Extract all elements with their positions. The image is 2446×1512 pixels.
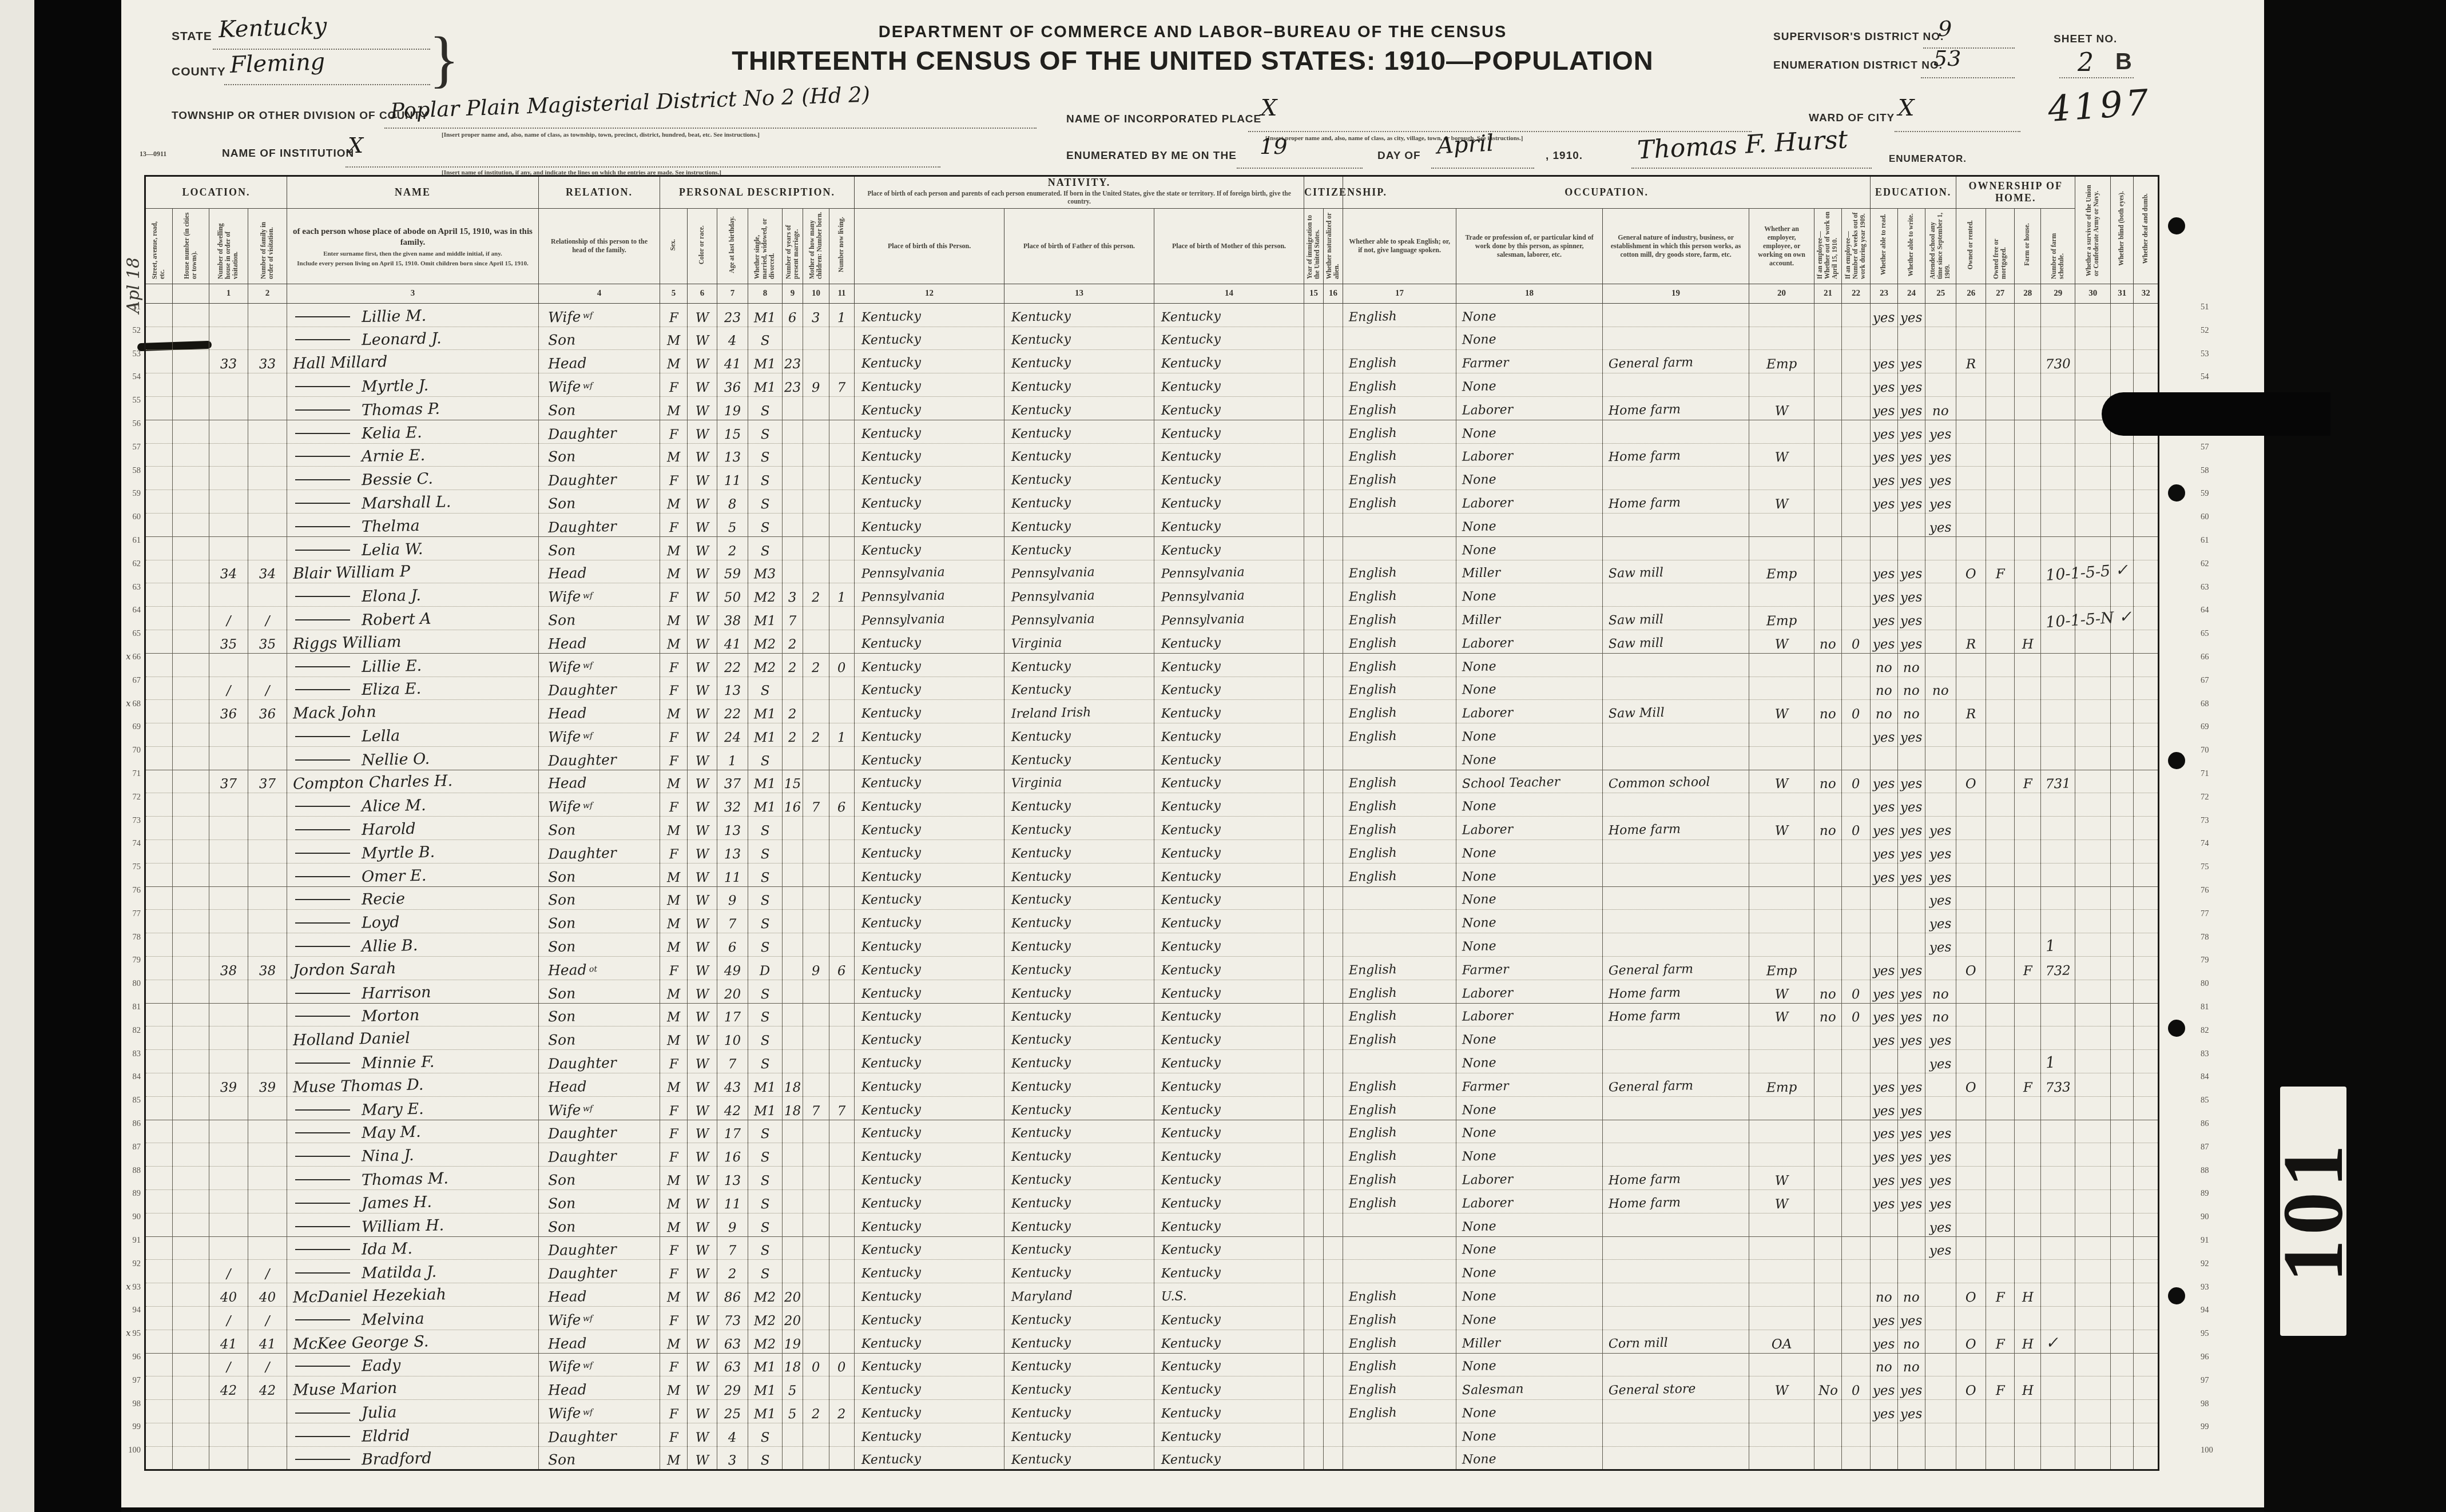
- cell-deaf-62: [2134, 560, 2159, 583]
- line-number-right: 83: [2201, 1049, 2220, 1059]
- cell-p1-100: Kentucky: [855, 1446, 1004, 1470]
- cell-cb-71: [803, 770, 829, 793]
- cell-rel-61: Son: [539, 536, 660, 560]
- cell-p1-62: Pennsylvania: [855, 560, 1004, 583]
- cell-sex-87: F: [660, 1143, 688, 1167]
- cell-name-68: Mack John: [287, 700, 539, 723]
- cell-yrs-69: 2: [783, 723, 803, 747]
- cell-mar-56: S: [748, 420, 783, 443]
- cell-dw-87: [209, 1143, 248, 1167]
- cell-farm-87: [2015, 1143, 2041, 1167]
- cell-vet-90: [2075, 1213, 2111, 1236]
- cell-imm-74: [1304, 840, 1324, 864]
- cell-race-76: W: [688, 886, 717, 910]
- cell-wks-97: 0: [1842, 1376, 1871, 1400]
- cell-street-85: [145, 1096, 173, 1120]
- cell-own-57: [1956, 443, 1986, 467]
- cell-rel-97: Head: [539, 1376, 660, 1400]
- cell-house-84: [173, 1073, 209, 1097]
- cell-trade-74: None: [1456, 840, 1603, 864]
- cell-race-52: W: [688, 327, 717, 350]
- cell-eng-95: English: [1343, 1330, 1456, 1353]
- cell-trade-90: None: [1456, 1213, 1603, 1236]
- cell-free-65: [1986, 630, 2015, 653]
- day-of-label: DAY OF: [1377, 150, 1421, 162]
- cell-trade-57: Laborer: [1456, 443, 1603, 467]
- cell-p1-55: Kentucky: [855, 396, 1004, 420]
- cell-out-80: no: [1814, 980, 1842, 1003]
- cell-eng-100: [1343, 1446, 1456, 1470]
- cell-ind-100: [1603, 1446, 1749, 1470]
- cell-sch-85: [1925, 1096, 1956, 1120]
- cell-mar-84: M1: [748, 1073, 783, 1097]
- cell-blind-51: [2111, 303, 2134, 327]
- cell-cb-97: [803, 1376, 829, 1400]
- cell-p2-65: Virginia: [1004, 630, 1154, 653]
- cell-rel-86: Daughter: [539, 1120, 660, 1143]
- cell-wks-70: [1842, 746, 1871, 770]
- cell-mar-78: S: [748, 933, 783, 957]
- cell-sex-69: F: [660, 723, 688, 747]
- cell-dw-56: [209, 420, 248, 443]
- cell-p1-78: Kentucky: [855, 933, 1004, 957]
- cell-trade-99: None: [1456, 1423, 1603, 1447]
- cell-mar-99: S: [748, 1423, 783, 1447]
- cell-wks-57: [1842, 443, 1871, 467]
- column-number-ind: 19: [1603, 284, 1749, 303]
- cell-sex-92: F: [660, 1260, 688, 1283]
- cell-race-88: W: [688, 1167, 717, 1190]
- cell-imm-51: [1304, 303, 1324, 327]
- cell-race-55: W: [688, 396, 717, 420]
- table-row: Nellie O.DaughterFW1SKentuckyKentuckyKen…: [145, 746, 2159, 770]
- cell-fam-71: 37: [248, 770, 287, 793]
- cell-sch-64: [1925, 607, 1956, 630]
- cell-wr-65: yes: [1898, 630, 1925, 653]
- line-number-right: 92: [2201, 1259, 2220, 1269]
- cell-cb-100: [803, 1446, 829, 1470]
- cell-house-67: [173, 677, 209, 700]
- cell-age-78: 6: [717, 933, 748, 957]
- cell-rel-91: Daughter: [539, 1236, 660, 1260]
- cell-free-75: [1986, 863, 2015, 886]
- cell-cl-84: [829, 1073, 855, 1097]
- cell-house-69: [173, 723, 209, 747]
- cell-farm-57: [2015, 443, 2041, 467]
- table-row: MortonSonMW17SKentuckyKentuckyKentuckyEn…: [145, 1003, 2159, 1026]
- cell-imm-60: [1304, 513, 1324, 536]
- cell-nat-95: [1324, 1330, 1343, 1353]
- cell-race-67: W: [688, 677, 717, 700]
- cell-p3-70: Kentucky: [1154, 746, 1304, 770]
- cell-free-56: [1986, 420, 2015, 443]
- cell-trade-82: None: [1456, 1026, 1603, 1050]
- cell-rd-51: yes: [1871, 303, 1898, 327]
- cell-out-78: [1814, 933, 1842, 957]
- cell-emp-73: W: [1749, 817, 1814, 840]
- cell-blind-88: [2111, 1167, 2134, 1190]
- ward-value: X: [1898, 95, 1914, 121]
- cell-wr-64: yes: [1898, 607, 1925, 630]
- cell-sch-80: no: [1925, 980, 1956, 1003]
- group-header-loc: LOCATION.: [145, 176, 287, 209]
- cell-p2-73: Kentucky: [1004, 817, 1154, 840]
- line-number-right: 63: [2201, 583, 2220, 592]
- column-number-blind: 31: [2111, 284, 2134, 303]
- cell-rd-90: [1871, 1213, 1898, 1236]
- cell-house-73: [173, 817, 209, 840]
- cell-wr-58: yes: [1898, 467, 1925, 490]
- cell-dw-58: [209, 467, 248, 490]
- line-number-right: 99: [2201, 1422, 2220, 1432]
- cell-free-100: [1986, 1446, 2015, 1470]
- cell-trade-60: None: [1456, 513, 1603, 536]
- cell-own-97: O: [1956, 1376, 1986, 1400]
- cell-ind-87: [1603, 1143, 1749, 1167]
- cell-sex-76: M: [660, 886, 688, 910]
- cell-house-59: [173, 490, 209, 514]
- table-row: Marshall L.SonMW8SKentuckyKentuckyKentuc…: [145, 490, 2159, 514]
- cell-mar-73: S: [748, 817, 783, 840]
- cell-mar-53: M1: [748, 350, 783, 373]
- cell-free-70: [1986, 746, 2015, 770]
- column-header-vet: Whether a survivor of the Union or Confe…: [2075, 176, 2111, 284]
- cell-imm-99: [1304, 1423, 1324, 1447]
- cell-out-94: [1814, 1307, 1842, 1330]
- column-header-age: Age at last birthday.: [717, 208, 748, 284]
- cell-yrs-54: 23: [783, 373, 803, 397]
- line-number-right: 86: [2201, 1119, 2220, 1129]
- cell-blind-91: [2111, 1236, 2134, 1260]
- cell-cb-52: [803, 327, 829, 350]
- cell-dw-70: [209, 746, 248, 770]
- column-header-sch: Attended school any time since September…: [1925, 208, 1956, 284]
- cell-farm-99: [2015, 1423, 2041, 1447]
- cell-house-72: [173, 793, 209, 817]
- cell-wr-89: yes: [1898, 1190, 1925, 1213]
- cell-p1-70: Kentucky: [855, 746, 1004, 770]
- cell-deaf-68: [2134, 700, 2159, 723]
- cell-out-52: [1814, 327, 1842, 350]
- cell-house-66: [173, 653, 209, 677]
- cell-deaf-82: [2134, 1026, 2159, 1050]
- cell-wks-61: [1842, 536, 1871, 560]
- cell-street-99: [145, 1423, 173, 1447]
- cell-p3-68: Kentucky: [1154, 700, 1304, 723]
- cell-name-85: Mary E.: [287, 1096, 539, 1120]
- cell-race-84: W: [688, 1073, 717, 1097]
- cell-p1-80: Kentucky: [855, 980, 1004, 1003]
- cell-cb-61: [803, 536, 829, 560]
- cell-sch-59: yes: [1925, 490, 1956, 514]
- cell-vet-87: [2075, 1143, 2111, 1167]
- cell-house-51: [173, 303, 209, 327]
- cell-cb-64: [803, 607, 829, 630]
- cell-ind-56: [1603, 420, 1749, 443]
- cell-out-74: [1814, 840, 1842, 864]
- cell-p3-73: Kentucky: [1154, 817, 1304, 840]
- cell-free-90: [1986, 1213, 2015, 1236]
- cell-emp-74: [1749, 840, 1814, 864]
- cell-wks-68: 0: [1842, 700, 1871, 723]
- cell-out-92: [1814, 1260, 1842, 1283]
- cell-sched-64: 10-1-5-N ✓: [2041, 607, 2075, 630]
- cell-sex-63: F: [660, 583, 688, 607]
- cell-name-75: Omer E.: [287, 863, 539, 886]
- cell-name-88: Thomas M.: [287, 1167, 539, 1190]
- cell-house-52: [173, 327, 209, 350]
- cell-p1-85: Kentucky: [855, 1096, 1004, 1120]
- cell-sex-71: M: [660, 770, 688, 793]
- cell-own-76: [1956, 886, 1986, 910]
- cell-trade-83: None: [1456, 1050, 1603, 1073]
- line-number-left: 62: [121, 559, 141, 569]
- cell-yrs-51: 6: [783, 303, 803, 327]
- cell-house-56: [173, 420, 209, 443]
- cell-sex-52: M: [660, 327, 688, 350]
- column-number-sch: 25: [1925, 284, 1956, 303]
- cell-sched-59: [2041, 490, 2075, 514]
- column-header-deaf: Whether deaf and dumb.: [2134, 176, 2159, 284]
- group-header-rel: RELATION.: [539, 176, 660, 209]
- cell-eng-75: English: [1343, 863, 1456, 886]
- cell-race-79: W: [688, 957, 717, 980]
- cell-sch-81: no: [1925, 1003, 1956, 1026]
- cell-mar-95: M2: [748, 1330, 783, 1353]
- cell-street-92: [145, 1260, 173, 1283]
- cell-fam-68: 36: [248, 700, 287, 723]
- cell-ind-54: [1603, 373, 1749, 397]
- cell-imm-81: [1304, 1003, 1324, 1026]
- cell-yrs-89: [783, 1190, 803, 1213]
- cell-own-72: [1956, 793, 1986, 817]
- cell-trade-69: None: [1456, 723, 1603, 747]
- cell-street-55: [145, 396, 173, 420]
- cell-street-90: [145, 1213, 173, 1236]
- cell-sex-70: F: [660, 746, 688, 770]
- cell-free-85: [1986, 1096, 2015, 1120]
- cell-street-76: [145, 886, 173, 910]
- cell-rel-95: Head: [539, 1330, 660, 1353]
- cell-free-74: [1986, 840, 2015, 864]
- cell-own-52: [1956, 327, 1986, 350]
- column-number-out: 21: [1814, 284, 1842, 303]
- table-row: ∕∕Robert ASonMW38M17PennsylvaniaPennsylv…: [145, 607, 2159, 630]
- cell-cl-79: 6: [829, 957, 855, 980]
- cell-eng-97: English: [1343, 1376, 1456, 1400]
- cell-ind-69: [1603, 723, 1749, 747]
- cell-race-71: W: [688, 770, 717, 793]
- cell-ind-57: Home farm: [1603, 443, 1749, 467]
- cell-free-54: [1986, 373, 2015, 397]
- cell-imm-98: [1304, 1400, 1324, 1423]
- line-number-right: 64: [2201, 606, 2220, 615]
- cell-rd-92: [1871, 1260, 1898, 1283]
- cell-nat-51: [1324, 303, 1343, 327]
- cell-age-91: 7: [717, 1236, 748, 1260]
- cell-yrs-84: 18: [783, 1073, 803, 1097]
- cell-sex-55: M: [660, 396, 688, 420]
- line-number-right: 65: [2201, 629, 2220, 639]
- cell-trade-76: None: [1456, 886, 1603, 910]
- column-number-vet: 30: [2075, 284, 2111, 303]
- cell-mar-92: S: [748, 1260, 783, 1283]
- cell-p2-69: Kentucky: [1004, 723, 1154, 747]
- cell-cl-54: 7: [829, 373, 855, 397]
- cell-age-70: 1: [717, 746, 748, 770]
- cell-sch-65: [1925, 630, 1956, 653]
- cell-out-56: [1814, 420, 1842, 443]
- cell-rd-81: yes: [1871, 1003, 1898, 1026]
- cell-age-77: 7: [717, 910, 748, 933]
- cell-yrs-100: [783, 1446, 803, 1470]
- cell-dw-77: [209, 910, 248, 933]
- column-header-ind: General nature of industry, business, or…: [1603, 208, 1749, 284]
- cell-eng-59: English: [1343, 490, 1456, 514]
- cell-sex-73: M: [660, 817, 688, 840]
- cell-rd-73: yes: [1871, 817, 1898, 840]
- cell-nat-62: [1324, 560, 1343, 583]
- cell-ind-77: [1603, 910, 1749, 933]
- column-number-trade: 18: [1456, 284, 1603, 303]
- cell-house-87: [173, 1143, 209, 1167]
- cell-p3-54: Kentucky: [1154, 373, 1304, 397]
- cell-own-90: [1956, 1213, 1986, 1236]
- cell-out-54: [1814, 373, 1842, 397]
- cell-trade-75: None: [1456, 863, 1603, 886]
- cell-deaf-67: [2134, 677, 2159, 700]
- cell-mar-51: M1: [748, 303, 783, 327]
- cell-wr-57: yes: [1898, 443, 1925, 467]
- cell-sched-83: 1: [2041, 1050, 2075, 1073]
- cell-farm-54: [2015, 373, 2041, 397]
- cell-yrs-97: 5: [783, 1376, 803, 1400]
- cell-sched-76: [2041, 886, 2075, 910]
- cell-race-100: W: [688, 1446, 717, 1470]
- cell-emp-76: [1749, 886, 1814, 910]
- cell-race-68: W: [688, 700, 717, 723]
- cell-p2-87: Kentucky: [1004, 1143, 1154, 1167]
- cell-race-77: W: [688, 910, 717, 933]
- column-number-fam: 2: [248, 284, 287, 303]
- cell-house-70: [173, 746, 209, 770]
- cell-sch-90: yes: [1925, 1213, 1956, 1236]
- cell-age-57: 13: [717, 443, 748, 467]
- cell-blind-85: [2111, 1096, 2134, 1120]
- cell-ind-82: [1603, 1026, 1749, 1050]
- cell-blind-73: [2111, 817, 2134, 840]
- cell-age-94: 73: [717, 1307, 748, 1330]
- cell-wr-52: [1898, 327, 1925, 350]
- cell-free-97: F: [1986, 1376, 2015, 1400]
- cell-emp-83: [1749, 1050, 1814, 1073]
- cell-imm-72: [1304, 793, 1324, 817]
- cell-p2-79: Kentucky: [1004, 957, 1154, 980]
- cell-cb-62: [803, 560, 829, 583]
- cell-eng-52: [1343, 327, 1456, 350]
- column-header-sex: Sex.: [660, 208, 688, 284]
- cell-cl-66: 0: [829, 653, 855, 677]
- cell-wr-83: [1898, 1050, 1925, 1073]
- cell-own-86: [1956, 1120, 1986, 1143]
- cell-sch-99: [1925, 1423, 1956, 1447]
- column-number-street: [145, 284, 173, 303]
- cell-nat-52: [1324, 327, 1343, 350]
- cell-farm-53: [2015, 350, 2041, 373]
- cell-yrs-75: [783, 863, 803, 886]
- cell-race-53: W: [688, 350, 717, 373]
- cell-nat-58: [1324, 467, 1343, 490]
- cell-wr-55: yes: [1898, 396, 1925, 420]
- cell-cb-90: [803, 1213, 829, 1236]
- cell-street-80: [145, 980, 173, 1003]
- cell-ind-65: Saw mill: [1603, 630, 1749, 653]
- cell-nat-80: [1324, 980, 1343, 1003]
- cell-deaf-84: [2134, 1073, 2159, 1097]
- cell-cb-54: 9: [803, 373, 829, 397]
- group-header-cit: CITIZENSHIP.: [1304, 176, 1343, 209]
- line-number-left: 77: [121, 909, 141, 919]
- cell-deaf-88: [2134, 1167, 2159, 1190]
- cell-imm-68: [1304, 700, 1324, 723]
- cell-rd-56: yes: [1871, 420, 1898, 443]
- cell-name-90: William H.: [287, 1213, 539, 1236]
- cell-wr-61: [1898, 536, 1925, 560]
- line-number-right: 73: [2201, 816, 2220, 826]
- cell-age-75: 11: [717, 863, 748, 886]
- cell-sex-58: F: [660, 467, 688, 490]
- table-row: William H.SonMW9SKentuckyKentuckyKentuck…: [145, 1213, 2159, 1236]
- cell-name-95: McKee George S.: [287, 1330, 539, 1353]
- cell-own-58: [1956, 467, 1986, 490]
- cell-deaf-74: [2134, 840, 2159, 864]
- cell-fam-53: 33: [248, 350, 287, 373]
- cell-age-97: 29: [717, 1376, 748, 1400]
- cell-age-55: 19: [717, 396, 748, 420]
- cell-sch-91: yes: [1925, 1236, 1956, 1260]
- cell-street-60: [145, 513, 173, 536]
- cell-blind-77: [2111, 910, 2134, 933]
- cell-rel-99: Daughter: [539, 1423, 660, 1447]
- cell-sch-71: [1925, 770, 1956, 793]
- cell-ind-86: [1603, 1120, 1749, 1143]
- cell-own-91: [1956, 1236, 1986, 1260]
- cell-mar-55: S: [748, 396, 783, 420]
- cell-nat-71: [1324, 770, 1343, 793]
- sheet-no-value: 2: [2078, 48, 2094, 77]
- punch-hole: [2168, 217, 2185, 234]
- table-row: Alice M.WifewfFW32M11676KentuckyKentucky…: [145, 793, 2159, 817]
- cell-wks-83: [1842, 1050, 1871, 1073]
- cell-p2-62: Pennsylvania: [1004, 560, 1154, 583]
- cell-p3-86: Kentucky: [1154, 1120, 1304, 1143]
- cell-cl-57: [829, 443, 855, 467]
- cell-rel-84: Head: [539, 1073, 660, 1097]
- cell-ind-91: [1603, 1236, 1749, 1260]
- cell-rel-60: Daughter: [539, 513, 660, 536]
- cell-deaf-63: [2134, 583, 2159, 607]
- cell-eng-66: English: [1343, 653, 1456, 677]
- cell-name-79: Jordon Sarah: [287, 957, 539, 980]
- cell-farm-86: [2015, 1120, 2041, 1143]
- cell-yrs-73: [783, 817, 803, 840]
- cell-sex-75: M: [660, 863, 688, 886]
- cell-street-74: [145, 840, 173, 864]
- line-number-left: 92: [121, 1259, 141, 1269]
- table-row: Arnie E.SonMW13SKentuckyKentuckyKentucky…: [145, 443, 2159, 467]
- cell-p3-62: Pennsylvania: [1154, 560, 1304, 583]
- cell-cb-81: [803, 1003, 829, 1026]
